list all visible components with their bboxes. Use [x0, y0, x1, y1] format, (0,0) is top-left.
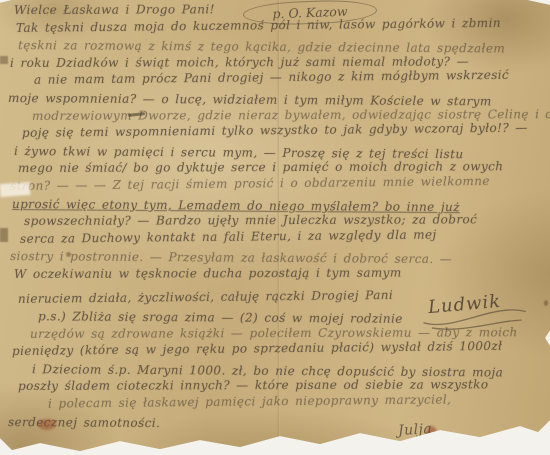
handwriting-line: W oczekiwaniu w tęsknocie ducha pozostaj…: [8, 264, 546, 283]
handwriting-text: i polecam się łaskawej pamięci jako niep…: [48, 392, 451, 410]
signature-underline-icon: [390, 435, 450, 448]
handwriting-text: poję się temi wspomnieniami tylko wszyst…: [22, 121, 528, 140]
handwriting-line: serdecznej samotności.: [8, 414, 546, 435]
rust-stain-left: [38, 419, 56, 430]
handwriting-text: serca za Duchowy kontakt na fali Eteru, …: [20, 227, 437, 245]
handwriting-text: stron? — — — Z tej racji śmiem prosić i …: [10, 174, 490, 193]
letter-body: Wielce Łaskawa i Drogo Pani! Tak tęskni …: [8, 2, 546, 431]
handwriting-text: a nie mam tam prócz Pani drogiej — nikog…: [34, 68, 509, 87]
paper-speck: [66, 252, 71, 257]
handwriting-text: spowszechniały? — Bardzo ujęły mnie Jule…: [24, 212, 477, 228]
paper-damage-patch: [0, 182, 30, 197]
annotation-text: p. O. Kazow: [272, 4, 347, 22]
margin-smudge: [0, 228, 8, 242]
handwriting-text: W oczekiwaniu w tęsknocie ducha pozostaj…: [14, 266, 402, 281]
handwriting-text: nieruciem działa, życzliwości, całuję rą…: [18, 287, 393, 305]
rust-stain-right: [426, 426, 437, 441]
handwriting-text: Wielce Łaskawa i Drogo Pani!: [14, 2, 215, 17]
handwriting-line: a nie mam tam prócz Pani drogiej — nikog…: [8, 67, 546, 90]
handwriting-text: serdecznej samotności.: [8, 415, 160, 430]
handwriting-text: pieniędzy (które są w jego ręku po sprze…: [12, 339, 503, 358]
paper-speck: [544, 300, 548, 306]
margin-smudge: [0, 56, 8, 64]
scanned-letter-page: Wielce Łaskawa i Drogo Pani! Tak tęskni …: [0, 0, 550, 455]
handwriting-text: p.s.) Zbliża się sroga zima — (2) coś w …: [38, 309, 403, 326]
letter-paper: Wielce Łaskawa i Drogo Pani! Tak tęskni …: [0, 0, 550, 455]
